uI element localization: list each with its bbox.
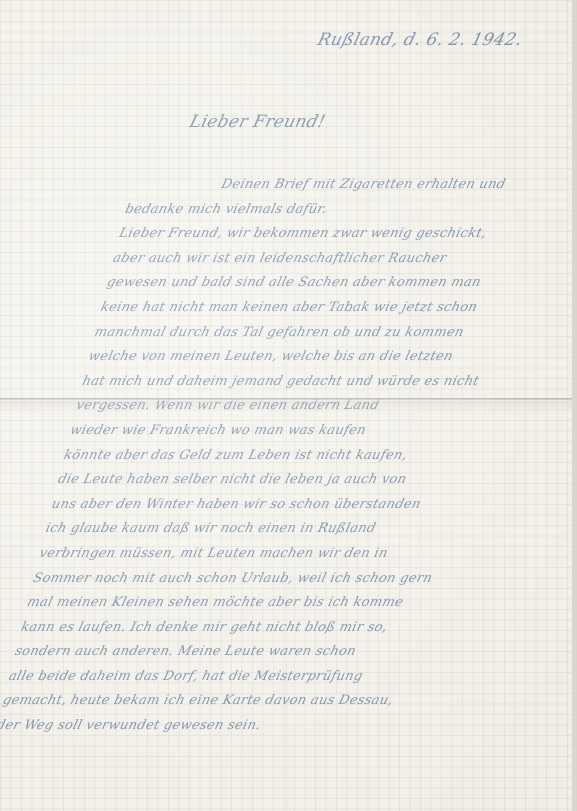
letter-line: kann es laufen. Ich denke mir geht nicht…: [18, 616, 423, 641]
letter-line: gewesen und bald sind alle Sachen aber k…: [104, 271, 509, 296]
letter-dateline: Rußland, d. 6. 2. 1942.: [316, 30, 525, 50]
letter-line: hat mich und daheim jemand gedacht und w…: [79, 370, 484, 395]
letter-body: Deinen Brief mit Zigaretten erhalten und…: [0, 173, 533, 739]
letter-line: keine hat nicht man keinen aber Tabak wi…: [98, 296, 503, 321]
letter-line: verbringen müssen, mit Leuten machen wir…: [36, 542, 441, 567]
fold-shadow: [0, 401, 572, 411]
letter-line: wieder wie Frankreich wo man was kaufen: [67, 419, 472, 444]
letter-page: Rußland, d. 6. 2. 1942. Lieber Freund! D…: [0, 0, 572, 811]
letter-line: uns aber den Winter haben wir so schon ü…: [49, 493, 454, 518]
letter-salutation: Lieber Freund!: [188, 112, 328, 132]
letter-line: Lieber Freund, wir bekommen zwar wenig g…: [116, 222, 521, 247]
letter-line: Deinen Brief mit Zigaretten erhalten und: [128, 173, 533, 198]
letter-line: manchmal durch das Tal gefahren ob und z…: [92, 321, 497, 346]
letter-line: aber auch wir ist ein leidenschaftlicher…: [110, 247, 515, 272]
letter-line: mal meinen Kleinen sehen möchte aber bis…: [24, 591, 429, 616]
letter-line: welche von meinen Leuten, welche bis an …: [85, 345, 490, 370]
letter-line: der Weg soll verwundet gewesen sein.: [0, 714, 398, 739]
letter-line: könnte aber das Geld zum Leben ist nicht…: [61, 444, 466, 469]
letter-line: sondern auch anderen. Meine Leute waren …: [12, 640, 417, 665]
letter-line: alle beide daheim das Dorf, hat die Meis…: [6, 665, 411, 690]
letter-line: bedanke mich vielmals dafür.: [122, 198, 527, 223]
letter-line: gemacht, heute bekam ich eine Karte davo…: [0, 689, 404, 714]
letter-line: ich glaube kaum daß wir noch einen in Ru…: [43, 517, 448, 542]
letter-line: die Leute haben selber nicht die leben j…: [55, 468, 460, 493]
letter-line: Sommer noch mit auch schon Urlaub, weil …: [30, 567, 435, 592]
